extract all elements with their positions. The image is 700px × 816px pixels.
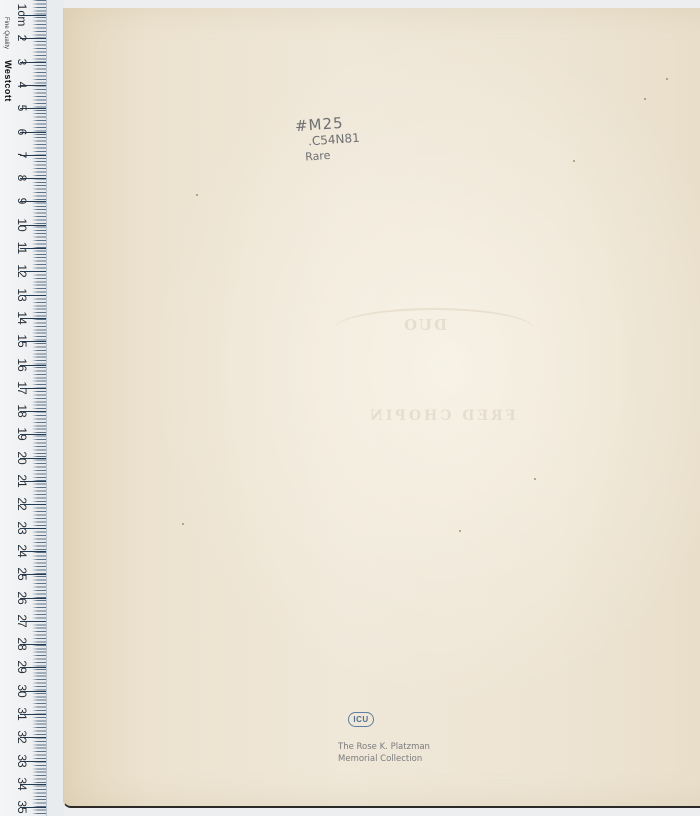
pencil-call-number: #M25 .C54N81 Rare (294, 110, 417, 166)
ruler-number: 9 (15, 189, 29, 213)
ruler-number: 14 (15, 306, 29, 330)
ruler-number: 7 (15, 143, 29, 167)
show-through-title: DUO (402, 316, 447, 334)
foxing-speck (534, 478, 536, 480)
ruler-minor-ticks (32, 0, 46, 816)
ruler-number: 16 (15, 353, 29, 377)
ruler-number: 32 (15, 725, 29, 749)
foxing-speck (196, 194, 198, 196)
ruler-number: 23 (15, 516, 29, 540)
ruler-number: 31 (15, 702, 29, 726)
ruler-number: 20 (15, 446, 29, 470)
ruler-number: 17 (15, 376, 29, 400)
measuring-ruler: Fine Quality Westcott 1cm234567891011121… (0, 0, 47, 816)
ruler-number: 3 (15, 50, 29, 74)
scan-background-strip (47, 0, 64, 816)
ruler-number: 35 (15, 795, 29, 816)
ruler-number: 33 (15, 749, 29, 773)
ruler-number: 6 (15, 120, 29, 144)
ruler-number: 15 (15, 329, 29, 353)
ruler-number: 19 (15, 422, 29, 446)
ruler-number: 26 (15, 586, 29, 610)
ruler-number: 10 (15, 213, 29, 237)
ruler-number: 2 (15, 26, 29, 50)
collection-note-line-2: Memorial Collection (338, 753, 458, 765)
ruler-number: 5 (15, 96, 29, 120)
ruler-number: 18 (15, 399, 29, 423)
foxing-speck (459, 530, 461, 532)
ruler-number: 13 (15, 283, 29, 307)
library-stamp: ICU (348, 712, 374, 727)
ruler-number: 29 (15, 655, 29, 679)
foxing-speck (573, 160, 575, 162)
foxing-speck (644, 98, 646, 100)
ruler-number: 12 (15, 259, 29, 283)
ruler-number: 8 (15, 166, 29, 190)
ruler-number: 4 (15, 73, 29, 97)
ruler-number: 11 (15, 236, 29, 260)
foxing-speck (666, 78, 668, 80)
ruler-number: 34 (15, 772, 29, 796)
foxing-speck (182, 523, 184, 525)
ruler-brand: Westcott (1, 41, 15, 121)
ruler-number: 21 (15, 469, 29, 493)
collection-note-line-1: The Rose K. Platzman (338, 741, 458, 753)
ruler-number: 22 (15, 492, 29, 516)
ruler-number: 27 (15, 609, 29, 633)
ruler-number: 28 (15, 632, 29, 656)
collection-note: The Rose K. Platzman Memorial Collection (338, 741, 458, 765)
ruler-number: 30 (15, 679, 29, 703)
ruler-number: 1cm (15, 3, 29, 27)
ruler-number: 25 (15, 562, 29, 586)
ruler-number: 24 (15, 539, 29, 563)
show-through-composer: FRED CHOPIN (367, 408, 516, 424)
